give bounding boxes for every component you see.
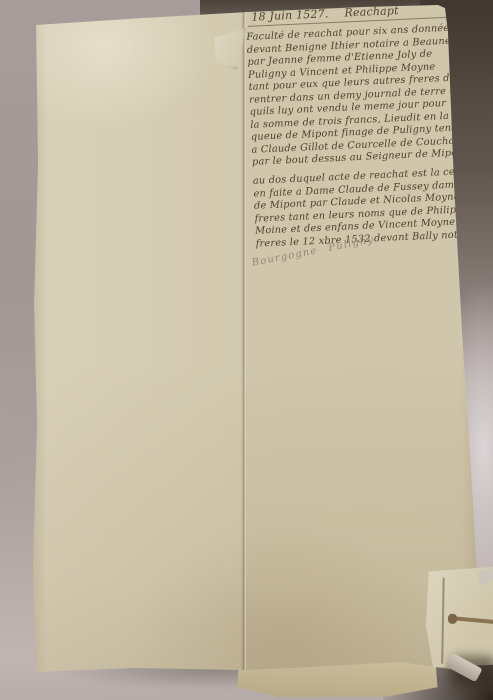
manuscript-photo: 18 Juin 1527. Reachapt Faculté de reacha… [0, 0, 493, 700]
binding-cord [452, 616, 493, 624]
paragraph-1: Faculté de reachat pour six ans donnéede… [246, 22, 474, 169]
manuscript-sheet: 18 Juin 1527. Reachapt Faculté de reacha… [33, 4, 479, 690]
manuscript-text: 18 Juin 1527. Reachapt Faculté de reacha… [245, 0, 478, 251]
blank-left-page [33, 4, 243, 690]
tab-fold-line [441, 578, 445, 664]
fold-crease [241, 4, 246, 690]
binding-cord-knot [448, 614, 457, 624]
